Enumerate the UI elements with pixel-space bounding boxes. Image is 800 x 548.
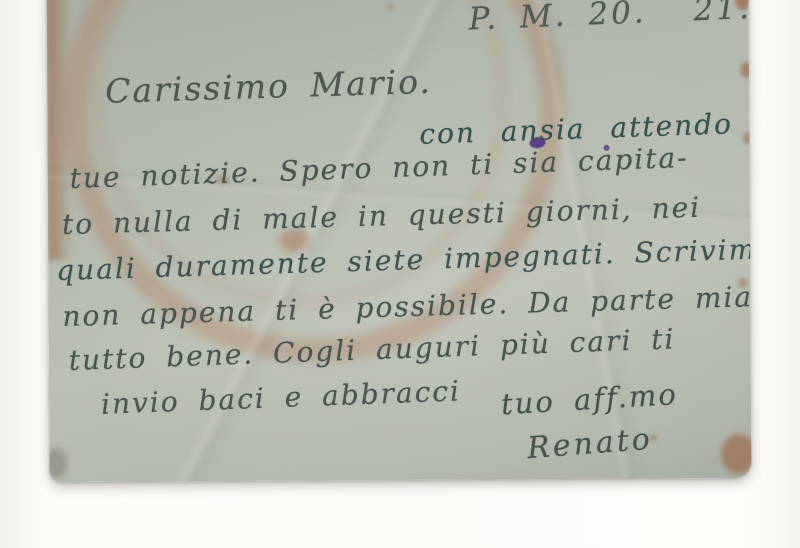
right-edge-stain-1 xyxy=(741,62,751,78)
bottom-left-corner-stain xyxy=(46,448,67,478)
scanned-postcard-scene: P. M. 20. 21.4.43 Carissimo Mario. con a… xyxy=(0,0,800,548)
postmark-date-header: P. M. 20. 21.4.43 xyxy=(468,0,752,38)
closing-valediction: tuo aff.mo xyxy=(500,377,679,421)
postcard: P. M. 20. 21.4.43 Carissimo Mario. con a… xyxy=(46,0,751,482)
signature: Renato xyxy=(526,422,654,466)
field-post-number: P. M. 20. xyxy=(468,0,647,38)
letter-date: 21.4.43 xyxy=(693,0,752,28)
bottom-right-corner-stain xyxy=(721,434,751,474)
speck xyxy=(387,4,394,10)
right-edge-stain-2 xyxy=(743,132,751,144)
body-line: invio baci e abbracci xyxy=(100,374,461,420)
